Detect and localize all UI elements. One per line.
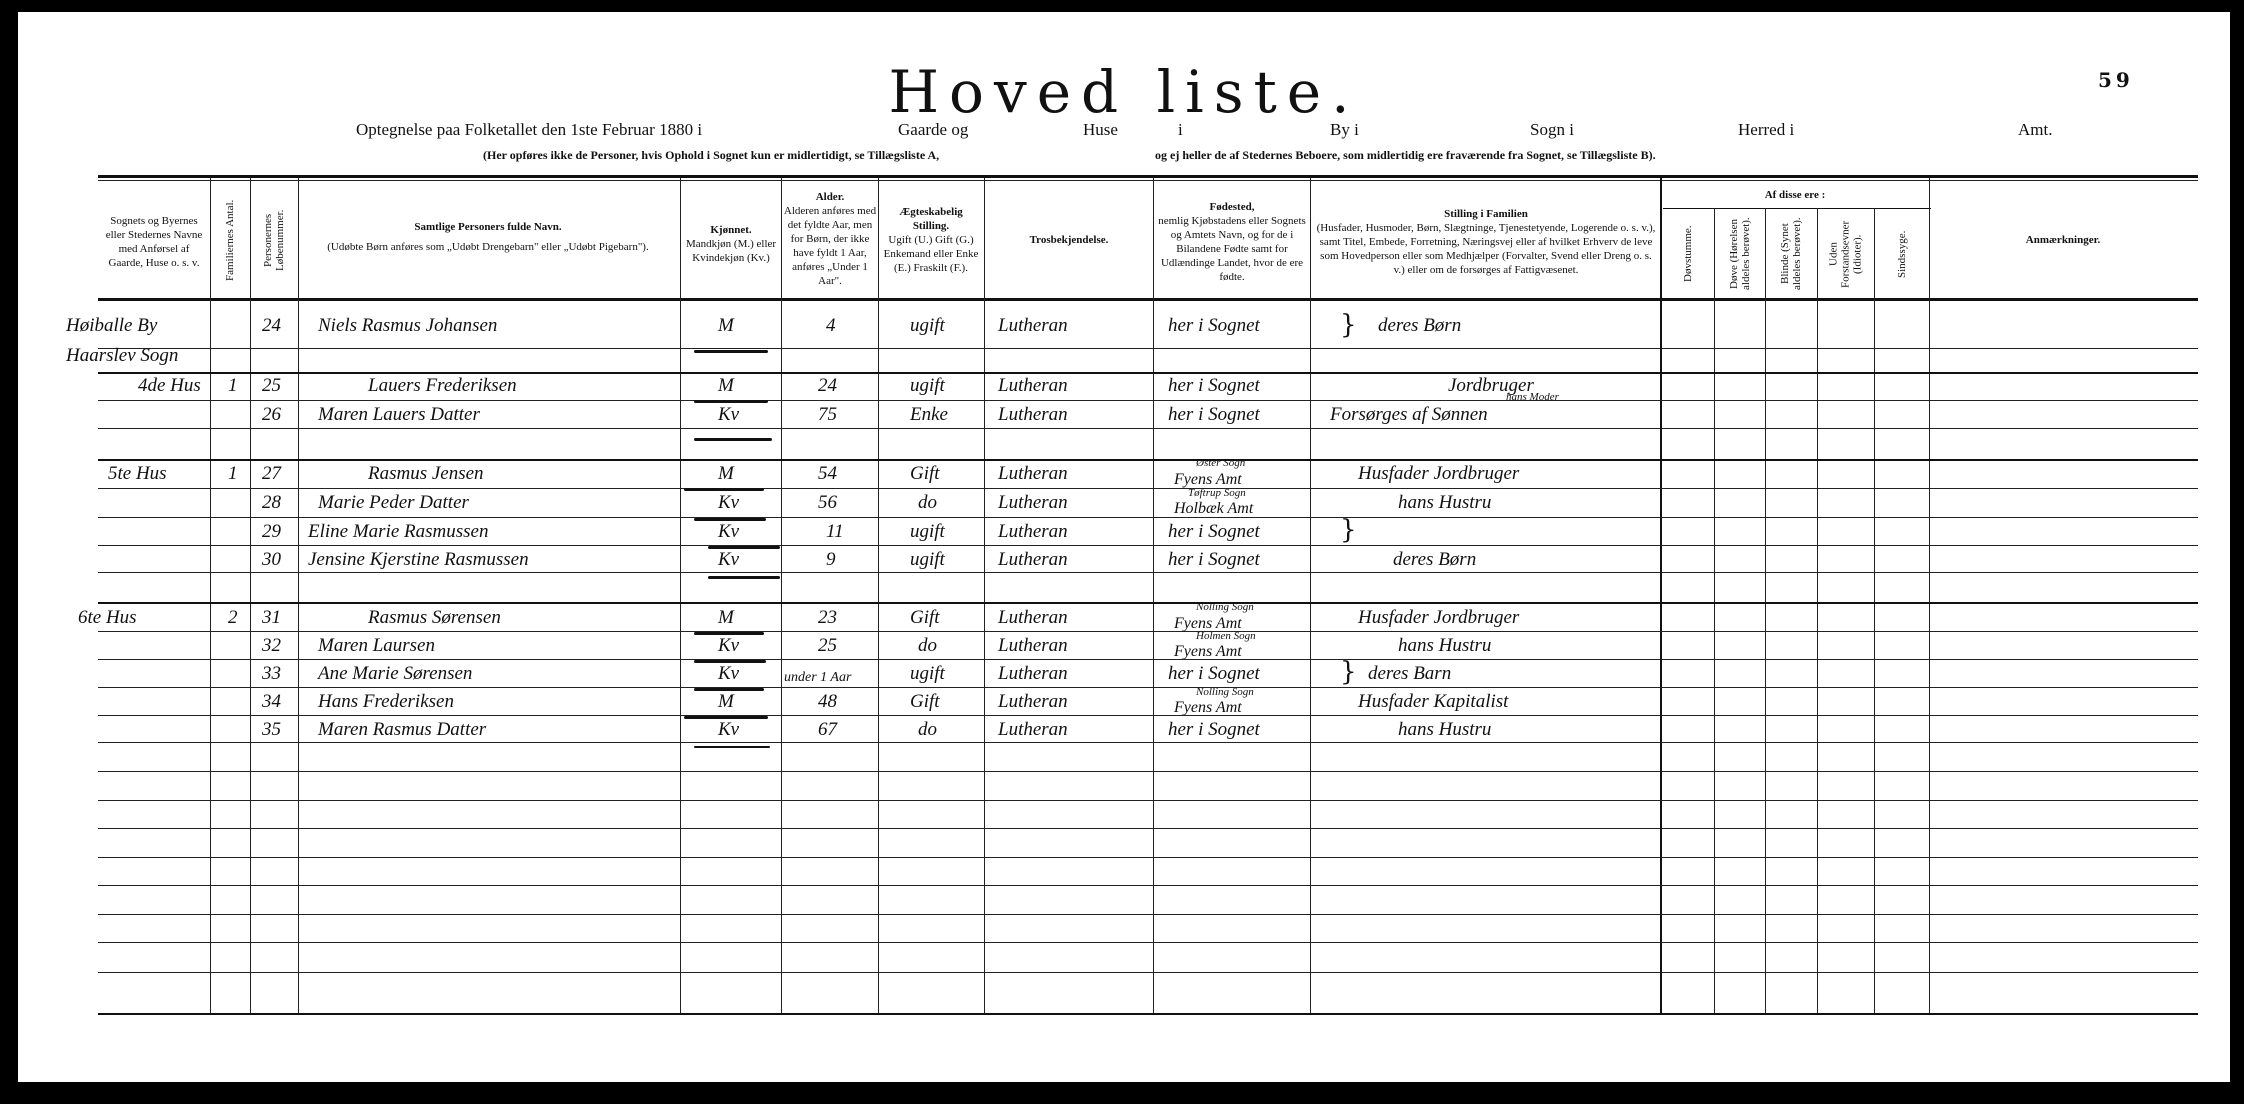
- cell-marital: Gift: [910, 692, 940, 712]
- cell-person-number: 26: [262, 405, 281, 425]
- row-rule: [98, 771, 2198, 772]
- cell-sex: M: [718, 692, 734, 712]
- cell-faith: Lutheran: [998, 720, 1068, 740]
- col-header-sex: Kjønnet. Mandkjøn (M.) eller Kvindekjøn …: [682, 204, 780, 284]
- brace-mark: }: [1340, 312, 1357, 338]
- cell-marital: ugift: [910, 316, 945, 336]
- cell-marital: ugift: [910, 522, 945, 542]
- row-rule: [98, 942, 2198, 943]
- header-bottom-rule: [98, 298, 2198, 301]
- col-divider: [1765, 208, 1766, 1014]
- cell-position: deres Børn: [1378, 316, 1461, 336]
- cell-faith: Lutheran: [998, 550, 1068, 570]
- col-divider: [1874, 208, 1875, 1014]
- subtitle-by: By i: [1330, 120, 1359, 140]
- sex-underline-mark: [694, 350, 768, 353]
- note-tillaegsliste-b: og ej heller de af Stedernes Beboere, so…: [1155, 148, 1656, 163]
- sex-underline-mark: [694, 438, 772, 441]
- row-rule: [98, 800, 2198, 801]
- census-sheet: Hoved liste. 59 Optegnelse paa Folketall…: [18, 12, 2230, 1082]
- cell-name: Maren Lauers Datter: [318, 405, 480, 425]
- table-bottom-rule: [98, 1013, 2198, 1015]
- cell-faith: Lutheran: [998, 405, 1068, 425]
- cell-age: 56: [818, 493, 837, 513]
- cell-birthplace: her i Sognet: [1168, 720, 1260, 740]
- col-divider: [984, 178, 985, 1014]
- sex-underline-mark: [694, 746, 770, 748]
- row-rule: [98, 857, 2198, 858]
- row-rule: [98, 742, 2198, 743]
- af-disse-divider: [1663, 208, 1931, 209]
- cell-name: Rasmus Sørensen: [368, 608, 501, 628]
- cell-faith: Lutheran: [998, 692, 1068, 712]
- cell-sex: M: [718, 464, 734, 484]
- cell-birthplace: her i Sognet: [1168, 664, 1260, 684]
- cell-faith: Lutheran: [998, 376, 1068, 396]
- col-header-marital: Ægteskabelig Stilling. Ugift (U.) Gift (…: [880, 188, 982, 292]
- cell-sex: M: [718, 316, 734, 336]
- cell-sex: Kv: [718, 636, 739, 656]
- cell-person-number: 33: [262, 664, 281, 684]
- census-page-scan: Hoved liste. 59 Optegnelse paa Folketall…: [0, 0, 2244, 1104]
- subtitle-census-date: Optegnelse paa Folketallet den 1ste Febr…: [356, 120, 702, 140]
- cell-families: 1: [228, 464, 238, 484]
- cell-birthplace: her i Sognet: [1168, 376, 1260, 396]
- subtitle-gaarde: Gaarde og: [898, 120, 968, 140]
- col-header-person-number: Personernes Løbenummer.: [252, 184, 296, 296]
- cell-place: 6te Hus: [78, 608, 137, 628]
- col-divider: [1153, 178, 1154, 1014]
- cell-sex: M: [718, 376, 734, 396]
- col-divider: [878, 178, 879, 1014]
- cell-name: Ane Marie Sørensen: [318, 664, 472, 684]
- cell-marital: Enke: [910, 405, 948, 425]
- row-rule: [98, 517, 2198, 518]
- cell-position: deres Barn: [1368, 664, 1451, 684]
- cell-marital: do: [918, 636, 937, 656]
- cell-faith: Lutheran: [998, 664, 1068, 684]
- row-rule: [98, 572, 2198, 573]
- cell-age: 48: [818, 692, 837, 712]
- row-rule: [98, 659, 2198, 660]
- cell-position: deres Børn: [1393, 550, 1476, 570]
- row-rule: [98, 348, 2198, 349]
- sex-underline-mark: [694, 400, 768, 403]
- cell-position: Husfader Kapitalist: [1358, 692, 1508, 712]
- cell-birthplace: her i Sognet: [1168, 316, 1260, 336]
- cell-marital: Gift: [910, 608, 940, 628]
- cell-faith: Lutheran: [998, 464, 1068, 484]
- cell-name: Rasmus Jensen: [368, 464, 484, 484]
- cell-name: Hans Frederiksen: [318, 692, 454, 712]
- cell-birthplace: her i Sognet: [1168, 405, 1260, 425]
- row-rule: [98, 400, 2198, 401]
- sex-underline-mark: [708, 576, 780, 579]
- cell-birthplace-parish: Tøftrup Sogn: [1188, 488, 1246, 499]
- cell-position: hans Hustru: [1398, 493, 1491, 513]
- col-divider: [680, 178, 681, 1014]
- col-divider: [210, 178, 211, 1014]
- cell-faith: Lutheran: [998, 493, 1068, 513]
- cell-families: 1: [228, 376, 238, 396]
- subtitle-huse: Huse: [1083, 120, 1118, 140]
- cell-sex: Kv: [718, 405, 739, 425]
- cell-name: Niels Rasmus Johansen: [318, 316, 497, 336]
- col-header-age: Alder. Alderen anføres med det fyldte Aa…: [783, 184, 877, 294]
- col-header-insane: Sindssyge.: [1876, 212, 1928, 296]
- row-rule: [98, 545, 2198, 546]
- row-rule: [98, 687, 2198, 688]
- cell-age: under 1 Aar: [784, 668, 851, 688]
- col-header-deafmute: Døvstumme.: [1664, 212, 1712, 296]
- cell-faith: Lutheran: [998, 636, 1068, 656]
- cell-sex: M: [718, 608, 734, 628]
- cell-marital: ugift: [910, 376, 945, 396]
- cell-marital: ugift: [910, 550, 945, 570]
- cell-person-number: 25: [262, 376, 281, 396]
- cell-faith: Lutheran: [998, 316, 1068, 336]
- cell-place: Høiballe By: [66, 316, 157, 336]
- col-header-of-these: Af disse ere :: [1662, 184, 1928, 206]
- page-number: 59: [2098, 68, 2134, 92]
- col-divider: [250, 178, 251, 1014]
- row-rule: [98, 602, 2198, 604]
- cell-name: Eline Marie Rasmussen: [308, 522, 488, 542]
- cell-sex: Kv: [718, 550, 739, 570]
- row-rule: [98, 428, 2198, 429]
- col-divider: [1310, 178, 1311, 1014]
- cell-age: 23: [818, 608, 837, 628]
- cell-sex: Kv: [718, 493, 739, 513]
- cell-position: Forsørges af Sønnen: [1330, 405, 1488, 425]
- col-header-birthplace: Fødested, nemlig Kjøbstadens eller Sogne…: [1155, 192, 1309, 292]
- cell-position: hans Hustru: [1398, 720, 1491, 740]
- cell-birthplace: Fyens Amt: [1174, 642, 1242, 662]
- col-divider: [1817, 208, 1818, 1014]
- cell-place: Haarslev Sogn: [66, 346, 178, 366]
- row-rule: [98, 885, 2198, 886]
- cell-sex: Kv: [718, 664, 739, 684]
- col-header-place: Sognets og Byernes eller Stedernes Navne…: [100, 202, 208, 282]
- cell-person-number: 35: [262, 720, 281, 740]
- cell-age: 67: [818, 720, 837, 740]
- cell-person-number: 31: [262, 608, 281, 628]
- cell-name: Lauers Frederiksen: [368, 376, 517, 396]
- cell-faith: Lutheran: [998, 522, 1068, 542]
- col-header-families: Familiernes Antal.: [212, 184, 248, 296]
- cell-age: 11: [826, 522, 844, 542]
- cell-position: hans Hustru: [1398, 636, 1491, 656]
- cell-person-number: 30: [262, 550, 281, 570]
- subtitle-herred: Herred i: [1738, 120, 1794, 140]
- row-rule: [98, 828, 2198, 829]
- row-rule: [98, 631, 2198, 632]
- row-rule: [98, 488, 2198, 489]
- cell-birthplace-parish: Nolling Sogn: [1196, 602, 1254, 613]
- row-rule: [98, 459, 2198, 461]
- cell-age: 4: [826, 316, 836, 336]
- table-top-rule-inner: [98, 180, 2198, 181]
- cell-marital: Gift: [910, 464, 940, 484]
- note-tillaegsliste-a: (Her opføres ikke de Personer, hvis Opho…: [483, 148, 939, 163]
- col-divider: [1714, 208, 1715, 1014]
- cell-age: 25: [818, 636, 837, 656]
- subtitle-amt: Amt.: [2018, 120, 2052, 140]
- sex-underline-mark: [684, 488, 764, 491]
- row-rule: [98, 372, 2198, 374]
- cell-name: Marie Peder Datter: [318, 493, 469, 513]
- col-divider: [1660, 178, 1662, 1014]
- col-divider: [1929, 178, 1930, 1014]
- cell-person-number: 24: [262, 316, 281, 336]
- cell-person-number: 28: [262, 493, 281, 513]
- cell-faith: Lutheran: [998, 608, 1068, 628]
- cell-birthplace-parish: Øster Sogn: [1196, 458, 1245, 469]
- cell-birthplace: her i Sognet: [1168, 522, 1260, 542]
- cell-position: Husfader Jordbruger: [1358, 608, 1519, 628]
- cell-birthplace-parish: Holmen Sogn: [1196, 631, 1256, 642]
- table-top-rule: [98, 175, 2198, 178]
- col-header-remarks: Anmærkninger.: [1931, 188, 2195, 292]
- col-header-faith: Trosbekjendelse.: [986, 188, 1152, 292]
- cell-person-number: 34: [262, 692, 281, 712]
- subtitle-i: i: [1178, 120, 1183, 140]
- cell-person-number: 32: [262, 636, 281, 656]
- col-header-blind: Blinde (Synet aldeles berøvet).: [1767, 212, 1815, 296]
- col-header-idiot: Uden Forstandsevner (Idioter).: [1819, 212, 1872, 296]
- cell-age: 9: [826, 550, 836, 570]
- cell-birthplace: Holbæk Amt: [1174, 499, 1253, 519]
- cell-age: 24: [818, 376, 837, 396]
- brace-mark: }: [1340, 517, 1357, 543]
- cell-place: 4de Hus: [138, 376, 201, 396]
- row-rule: [98, 715, 2198, 716]
- cell-marital: do: [918, 720, 937, 740]
- col-header-position: Stilling i Familien (Husfader, Husmoder,…: [1314, 190, 1658, 294]
- cell-sex: Kv: [718, 522, 739, 542]
- cell-name: Maren Rasmus Datter: [318, 720, 486, 740]
- cell-birthplace: Fyens Amt: [1174, 698, 1242, 718]
- cell-person-number: 29: [262, 522, 281, 542]
- cell-birthplace: her i Sognet: [1168, 550, 1260, 570]
- subtitle-sogn: Sogn i: [1530, 120, 1574, 140]
- cell-position: Husfader Jordbruger: [1358, 464, 1519, 484]
- brace-mark: }: [1340, 659, 1357, 685]
- cell-birthplace-parish: Nolling Sogn: [1196, 687, 1254, 698]
- row-rule: [98, 972, 2198, 973]
- cell-marital: do: [918, 493, 937, 513]
- cell-marital: ugift: [910, 664, 945, 684]
- col-header-name: Samtlige Personers fulde Navn. (Udøbte B…: [318, 212, 658, 262]
- cell-name: Jensine Kjerstine Rasmussen: [308, 550, 529, 570]
- cell-person-number: 27: [262, 464, 281, 484]
- cell-families: 2: [228, 608, 238, 628]
- cell-place: 5te Hus: [108, 464, 167, 484]
- col-header-deaf: Døve (Hørelsen aldeles berøvet).: [1716, 212, 1764, 296]
- col-divider: [298, 178, 299, 1014]
- col-divider: [781, 178, 782, 1014]
- row-rule: [98, 914, 2198, 915]
- cell-name: Maren Laursen: [318, 636, 435, 656]
- cell-sex: Kv: [718, 720, 739, 740]
- cell-age: 75: [818, 405, 837, 425]
- page-title: Hoved liste.: [18, 58, 2230, 126]
- cell-position-note: hans Moder: [1506, 392, 1559, 403]
- cell-age: 54: [818, 464, 837, 484]
